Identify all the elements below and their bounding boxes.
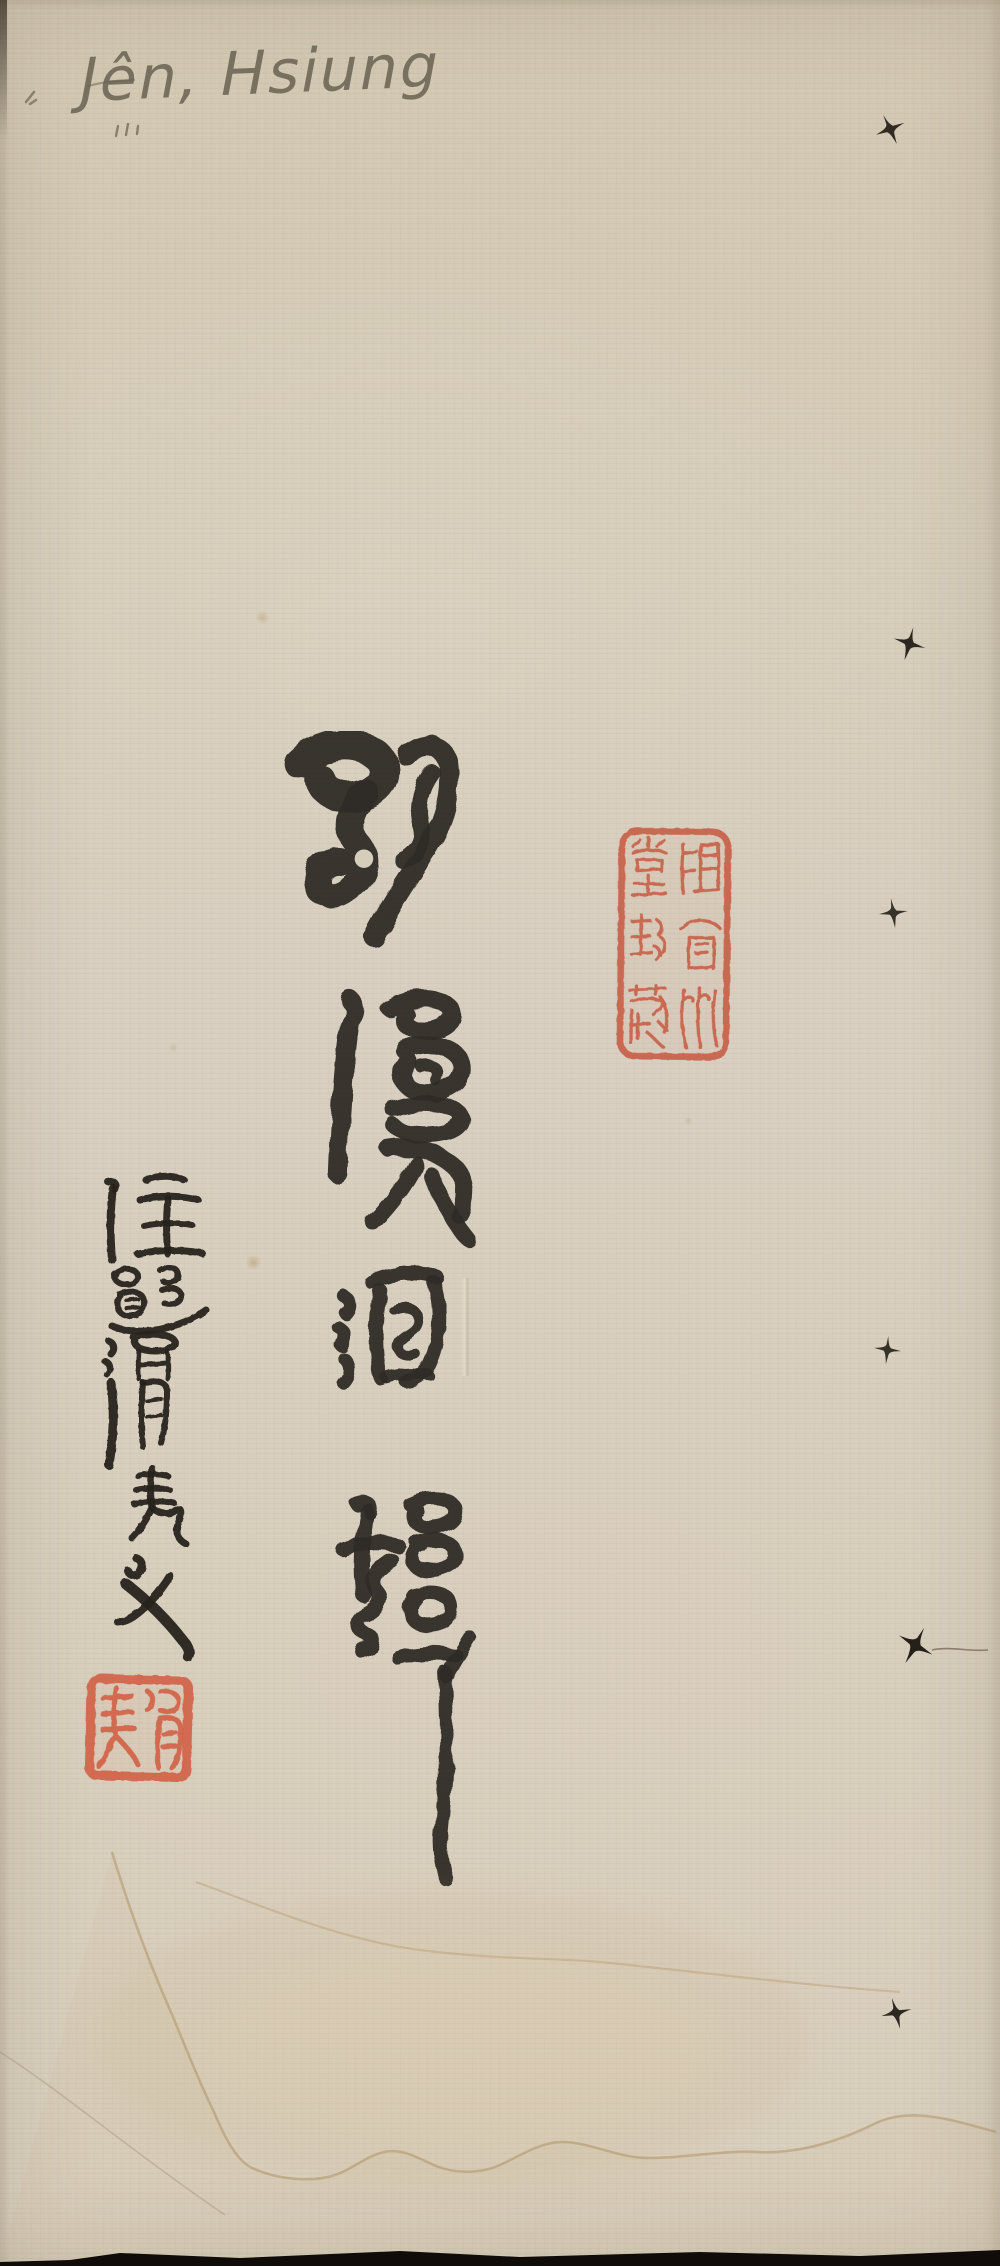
- scan-bottom-edge: [0, 2242, 1000, 2266]
- foxing-spot: [684, 1117, 693, 1125]
- top-edge-shading: [0, 0, 1000, 9]
- binding-hole-icon: [889, 623, 931, 665]
- binding-hole-icon: [877, 896, 911, 930]
- ink-void: [355, 849, 374, 868]
- pencil-stray-marks: [18, 70, 138, 120]
- artist-seal: [82, 1672, 197, 1785]
- top-left-edge-nick: [0, 0, 7, 140]
- collector-seal: [613, 826, 735, 1061]
- pencil-tick-marks: [112, 120, 158, 142]
- scanned-book-cover: Jên, Hsiung: [0, 0, 1000, 2266]
- foxing-spot: [168, 1043, 178, 1052]
- paper-crease: [461, 1278, 470, 1376]
- water-stain-tidelines: [0, 1800, 1000, 2266]
- title-char-xian: [291, 984, 487, 1254]
- signature-char-wei: [95, 1325, 195, 1475]
- signature-char-fu: [100, 1550, 205, 1665]
- binding-hole-icon: [870, 108, 913, 151]
- foxing-spot: [245, 1255, 262, 1270]
- title-char-lie: [263, 731, 469, 972]
- title-char-jiu: [321, 1254, 462, 1434]
- signature-char-ren: [80, 1170, 220, 1270]
- signature-char-chang: [118, 1462, 193, 1557]
- binding-hole-icon: [873, 1335, 903, 1365]
- foxing-spot: [255, 611, 270, 624]
- paper-crack: [930, 1642, 990, 1658]
